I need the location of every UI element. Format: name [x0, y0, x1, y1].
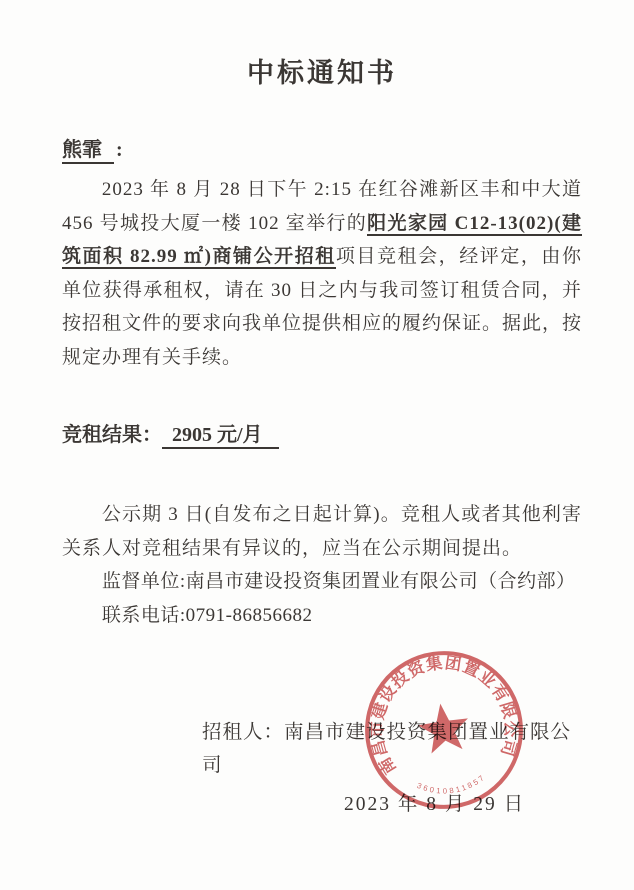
signer-line: 招租人：南昌市建设投资集团置业有限公司: [202, 716, 582, 782]
salutation: 熊霏:: [62, 137, 582, 163]
signer-label: 招租人：: [202, 722, 284, 743]
document-content: 中标通知书 熊霏: 2023 年 8 月 28 日下午 2:15 在红谷滩新区丰…: [0, 55, 634, 821]
supervisor-line: 监督单位:南昌市建设投资集团置业有限公司（合约部）: [62, 565, 582, 599]
result-line: 竞租结果：2905 元/月: [62, 420, 582, 450]
publicity-paragraph: 公示期 3 日(自发布之日起计算)。竞租人或者其他利害关系人对竞租结果有异议的，…: [62, 498, 582, 565]
addressee-name: 熊霏: [62, 139, 114, 164]
result-value: 2905 元/月: [162, 424, 279, 449]
result-label: 竞租结果：: [62, 424, 162, 446]
date-line: 2023 年 8 月 29 日: [344, 788, 582, 821]
bid-award-notice-document: 中标通知书 熊霏: 2023 年 8 月 28 日下午 2:15 在红谷滩新区丰…: [0, 0, 634, 890]
document-title: 中标通知书: [62, 55, 582, 91]
signature-block: 招租人：南昌市建设投资集团置业有限公司 2023 年 8 月 29 日: [62, 716, 582, 821]
body-paragraph: 2023 年 8 月 28 日下午 2:15 在红谷滩新区丰和中大道 456 号…: [62, 173, 582, 374]
phone-line: 联系电话:0791-86856682: [62, 599, 582, 633]
salutation-colon: :: [116, 139, 123, 161]
